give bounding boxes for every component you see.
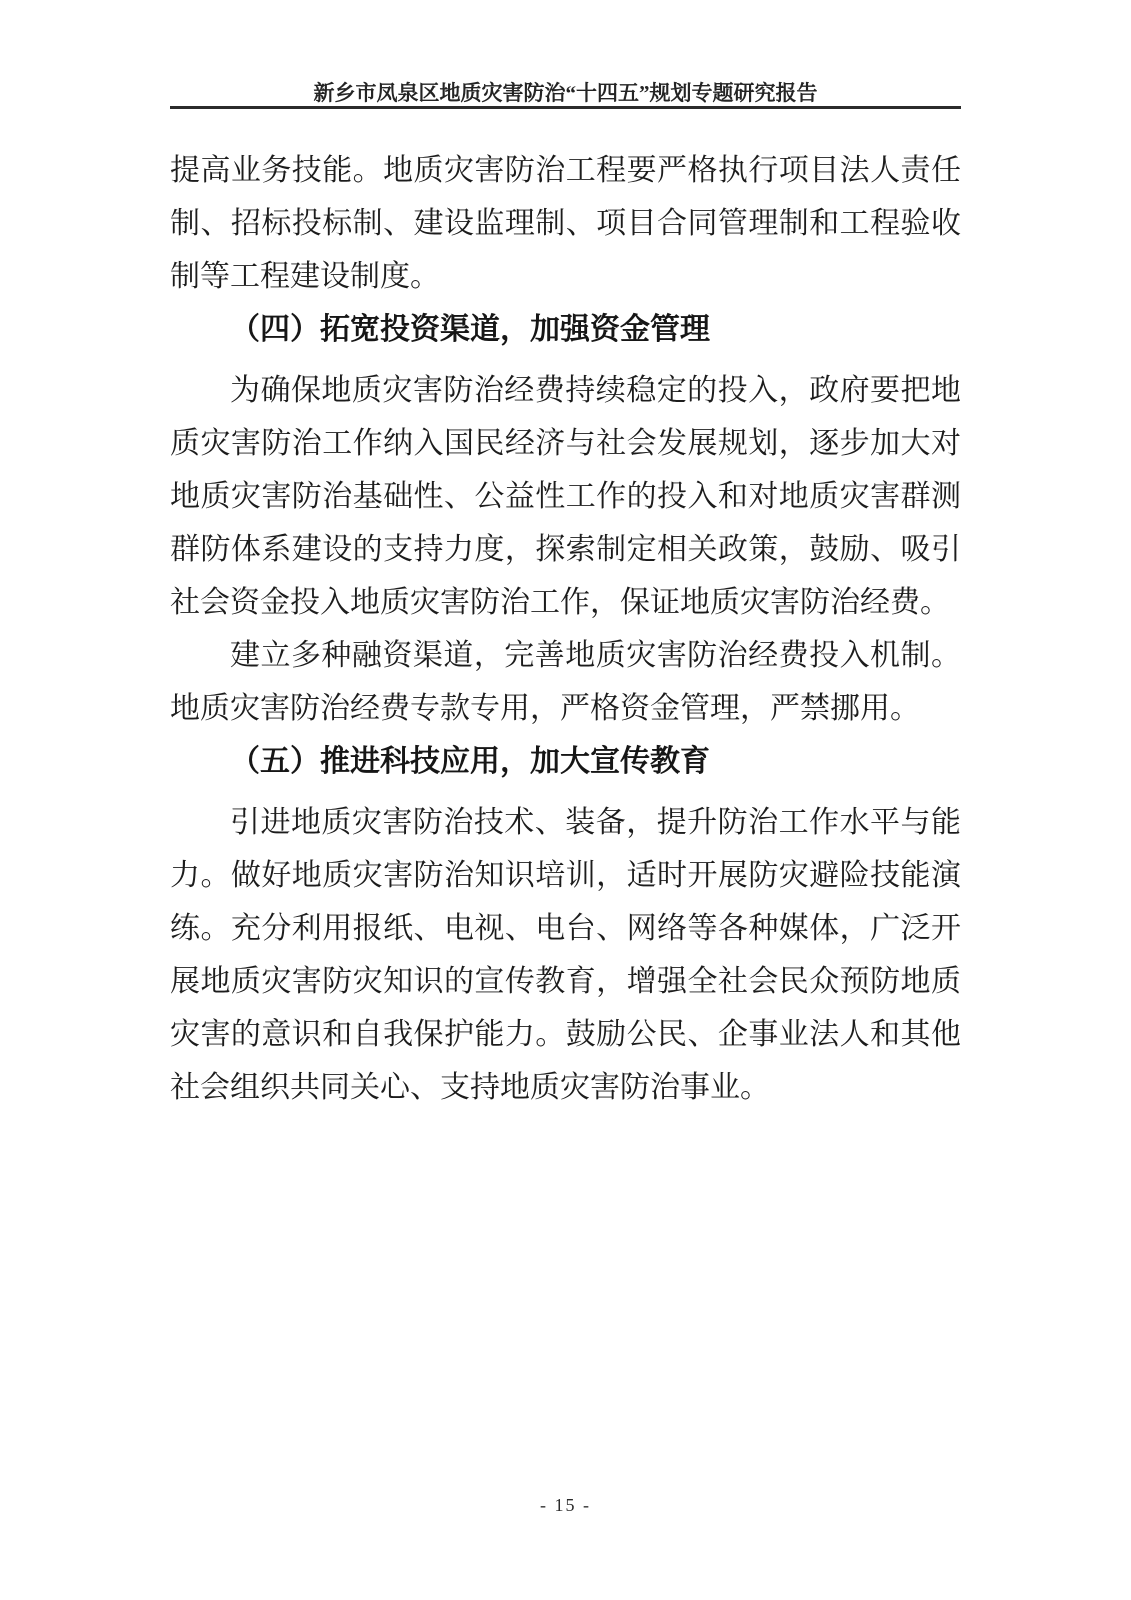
paragraph-funding-investment: 为确保地质灾害防治经费持续稳定的投入，政府要把地质灾害防治工作纳入国民经济与社会… bbox=[170, 364, 961, 629]
running-header-title: 新乡市凤泉区地质灾害防治“十四五”规划专题研究报告 bbox=[170, 82, 961, 105]
paragraph-financing-channels: 建立多种融资渠道，完善地质灾害防治经费投入机制。地质灾害防治经费专款专用，严格资… bbox=[170, 629, 961, 735]
document-page: 新乡市凤泉区地质灾害防治“十四五”规划专题研究报告 提高业务技能。地质灾害防治工… bbox=[0, 0, 1131, 1600]
page-header: 新乡市凤泉区地质灾害防治“十四五”规划专题研究报告 bbox=[170, 0, 961, 109]
document-body: 提高业务技能。地质灾害防治工程要严格执行项目法人责任制、招标投标制、建设监理制、… bbox=[170, 144, 961, 1114]
page-number: - 15 - bbox=[540, 1495, 591, 1515]
page-footer: - 15 - bbox=[170, 1494, 961, 1516]
paragraph-project-systems: 提高业务技能。地质灾害防治工程要严格执行项目法人责任制、招标投标制、建设监理制、… bbox=[170, 144, 961, 303]
heading-section-4: （四）拓宽投资渠道，加强资金管理 bbox=[170, 303, 961, 356]
heading-section-5: （五）推进科技应用，加大宣传教育 bbox=[170, 735, 961, 788]
paragraph-technology-publicity: 引进地质灾害防治技术、装备，提升防治工作水平与能力。做好地质灾害防治知识培训，适… bbox=[170, 796, 961, 1114]
page-content: 新乡市凤泉区地质灾害防治“十四五”规划专题研究报告 提高业务技能。地质灾害防治工… bbox=[170, 0, 961, 1114]
